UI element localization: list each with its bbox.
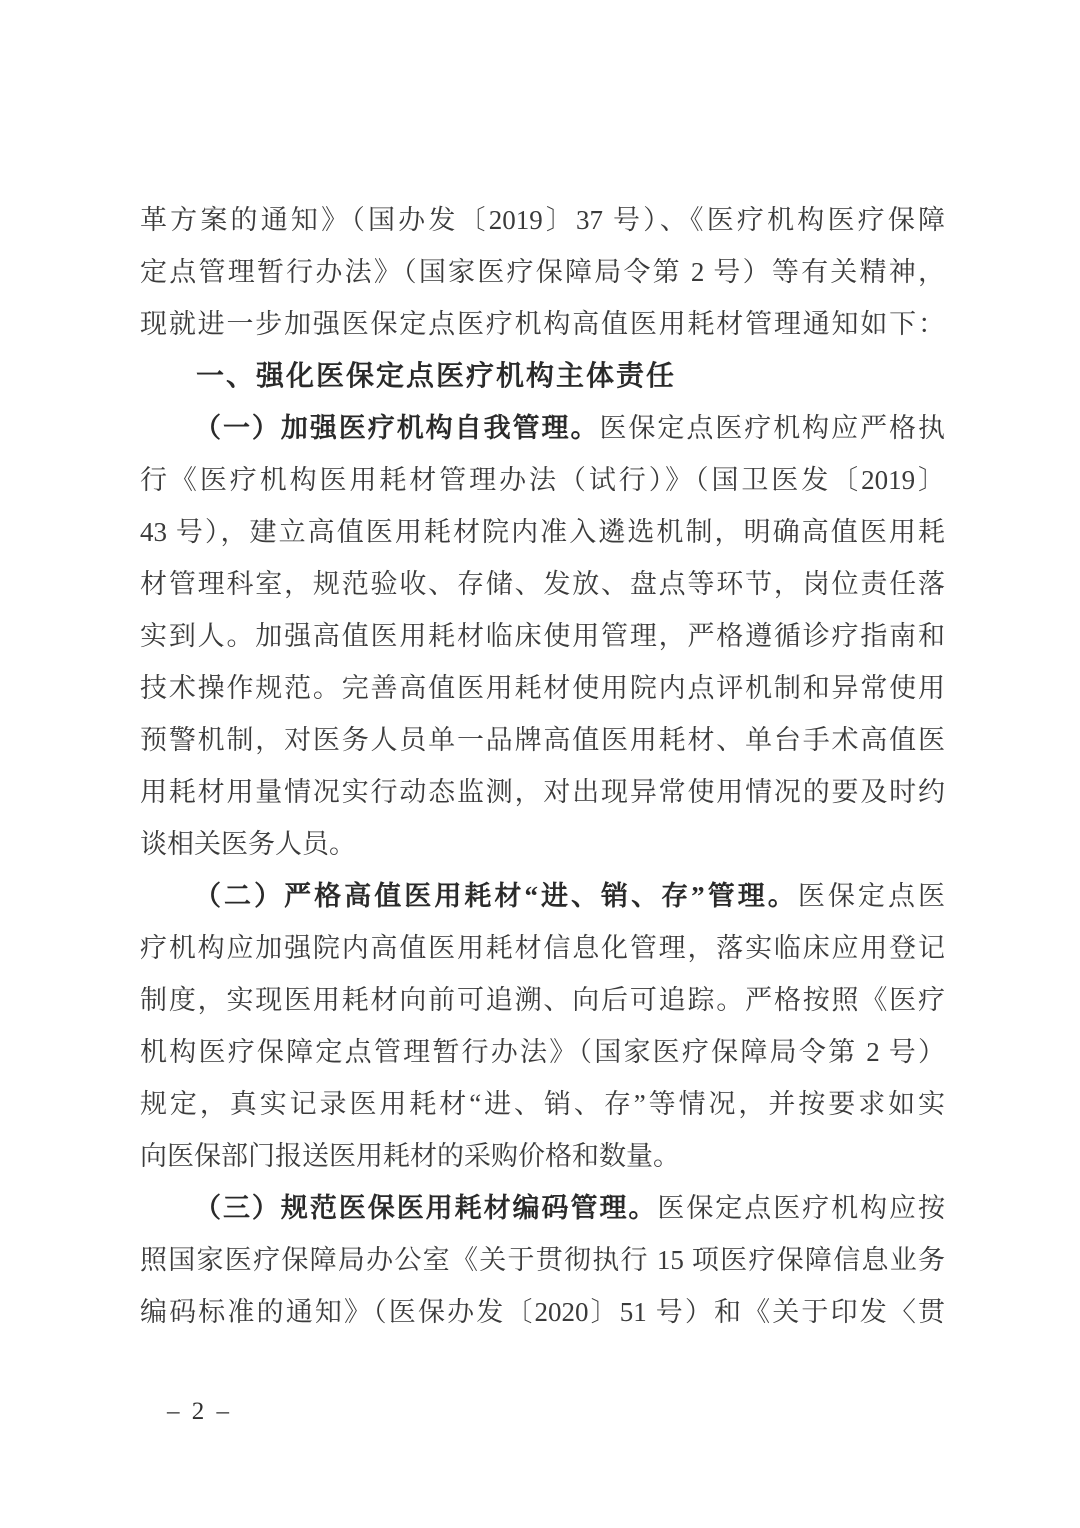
text-line: （一）加强医疗机构自我管理。医保定点医疗机构应严格执 (140, 402, 945, 454)
text-line: 现就进一步加强医保定点医疗机构高值医用耗材管理通知如下： (140, 298, 945, 350)
paragraph-lead: （二）严格高值医用耗材“进、销、存”管理。 (194, 881, 798, 911)
text-line: 用耗材用量情况实行动态监测，对出现异常使用情况的要及时约 (140, 766, 945, 818)
text-line: 照国家医疗保障局办公室《关于贯彻执行 15 项医疗保障信息业务 (140, 1234, 945, 1286)
text-line: 材管理科室，规范验收、存储、发放、盘点等环节，岗位责任落 (140, 558, 945, 610)
line-text: 技术操作规范。完善高值医用耗材使用院内点评机制和异常使用 (140, 673, 945, 703)
text-line: 机构医疗保障定点管理暂行办法》（国家医疗保障局令第 2 号） (140, 1026, 945, 1078)
text-line: 革方案的通知》（国办发〔2019〕37 号）、《医疗机构医疗保障 (140, 194, 945, 246)
line-text: 43 号），建立高值医用耗材院内准入遴选机制，明确高值医用耗 (140, 517, 945, 547)
line-text: 预警机制，对医务人员单一品牌高值医用耗材、单台手术高值医 (140, 725, 945, 755)
text-line: 实到人。加强高值医用耗材临床使用管理，严格遵循诊疗指南和 (140, 610, 945, 662)
line-text: 规定，真实记录医用耗材“进、销、存”等情况，并按要求如实 (140, 1089, 945, 1119)
line-text: 实到人。加强高值医用耗材临床使用管理，严格遵循诊疗指南和 (140, 621, 945, 651)
text-line: （二）严格高值医用耗材“进、销、存”管理。医保定点医 (140, 870, 945, 922)
line-text: 用耗材用量情况实行动态监测，对出现异常使用情况的要及时约 (140, 777, 945, 807)
paragraph-lead: 一、强化医保定点医疗机构主体责任 (196, 360, 676, 391)
text-line: 向医保部门报送医用耗材的采购价格和数量。 (140, 1130, 945, 1182)
text-line: 编码标准的通知》（医保办发〔2020〕51 号）和《关于印发〈贯 (140, 1286, 945, 1338)
text-line: 技术操作规范。完善高值医用耗材使用院内点评机制和异常使用 (140, 662, 945, 714)
line-text: 谈相关医务人员。 (140, 829, 356, 859)
line-text: 定点管理暂行办法》（国家医疗保障局令第 2 号）等有关精神， (140, 257, 945, 287)
document-page: 革方案的通知》（国办发〔2019〕37 号）、《医疗机构医疗保障定点管理暂行办法… (0, 0, 1080, 1528)
paragraph-lead: （三）规范医保医用耗材编码管理。 (194, 1193, 657, 1223)
text-line: 疗机构应加强院内高值医用耗材信息化管理，落实临床应用登记 (140, 922, 945, 974)
line-text: 向医保部门报送医用耗材的采购价格和数量。 (140, 1141, 680, 1171)
line-text: 现就进一步加强医保定点医疗机构高值医用耗材管理通知如下： (140, 309, 945, 339)
line-text: 革方案的通知》（国办发〔2019〕37 号）、《医疗机构医疗保障 (140, 205, 945, 235)
line-text: 行《医疗机构医用耗材管理办法（试行）》（国卫医发〔2019〕 (140, 465, 945, 495)
text-line: 行《医疗机构医用耗材管理办法（试行）》（国卫医发〔2019〕 (140, 454, 945, 506)
line-text: 疗机构应加强院内高值医用耗材信息化管理，落实临床应用登记 (140, 933, 945, 963)
text-line: 谈相关医务人员。 (140, 818, 945, 870)
text-line: 制度，实现医用耗材向前可追溯、向后可追踪。严格按照《医疗 (140, 974, 945, 1026)
text-line: 预警机制，对医务人员单一品牌高值医用耗材、单台手术高值医 (140, 714, 945, 766)
text-line: （三）规范医保医用耗材编码管理。医保定点医疗机构应按 (140, 1182, 945, 1234)
line-text: 材管理科室，规范验收、存储、发放、盘点等环节，岗位责任落 (140, 569, 945, 599)
document-body: 革方案的通知》（国办发〔2019〕37 号）、《医疗机构医疗保障定点管理暂行办法… (140, 194, 945, 1338)
section-heading: 一、强化医保定点医疗机构主体责任 (140, 350, 945, 402)
line-text: 医保定点医疗机构应严格执 (599, 413, 945, 443)
line-text: 照国家医疗保障局办公室《关于贯彻执行 15 项医疗保障信息业务 (140, 1245, 945, 1275)
line-text: 机构医疗保障定点管理暂行办法》（国家医疗保障局令第 2 号） (140, 1037, 945, 1067)
text-line: 定点管理暂行办法》（国家医疗保障局令第 2 号）等有关精神， (140, 246, 945, 298)
page-number: – 2 – (167, 1398, 232, 1426)
paragraph-lead: （一）加强医疗机构自我管理。 (194, 413, 599, 443)
text-line: 规定，真实记录医用耗材“进、销、存”等情况，并按要求如实 (140, 1078, 945, 1130)
line-text: 医保定点医疗机构应按 (657, 1193, 945, 1223)
line-text: 医保定点医 (798, 881, 945, 911)
line-text: 制度，实现医用耗材向前可追溯、向后可追踪。严格按照《医疗 (140, 985, 945, 1015)
text-line: 43 号），建立高值医用耗材院内准入遴选机制，明确高值医用耗 (140, 506, 945, 558)
line-text: 编码标准的通知》（医保办发〔2020〕51 号）和《关于印发〈贯 (140, 1297, 945, 1327)
